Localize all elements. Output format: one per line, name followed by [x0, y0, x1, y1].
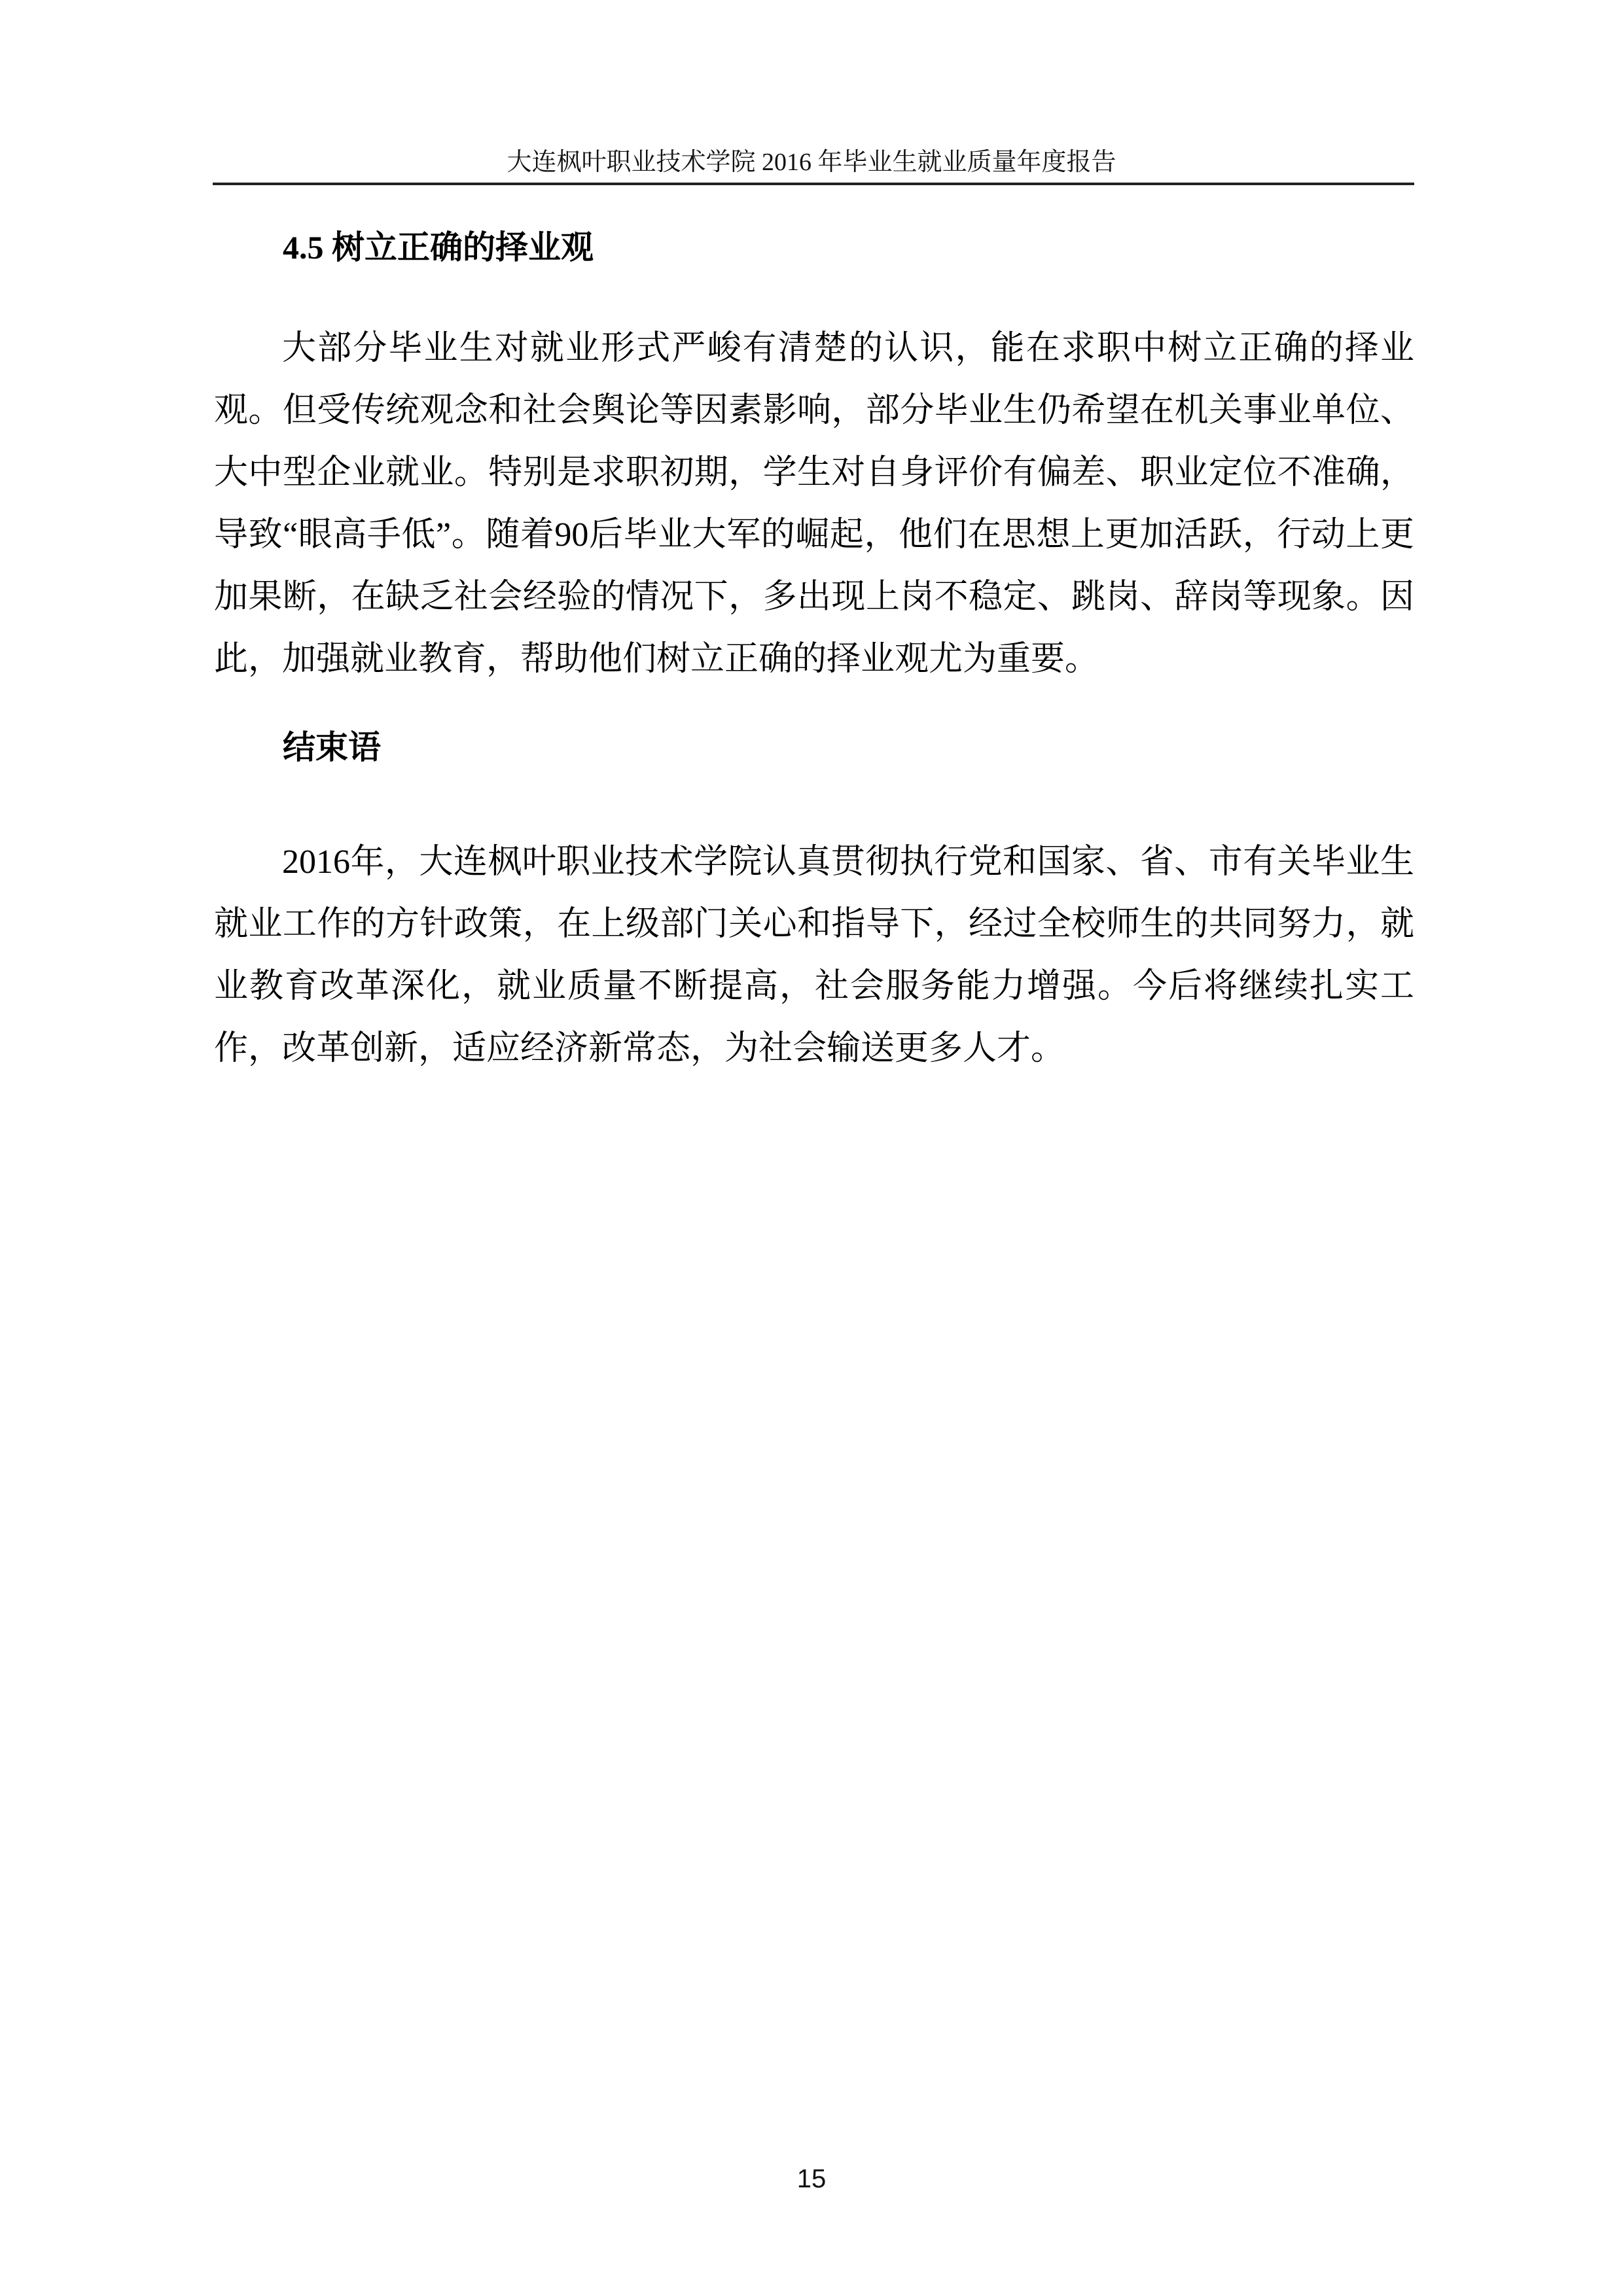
- page-number: 15: [0, 2164, 1623, 2194]
- conclusion-paragraph: 2016年，大连枫叶职业技术学院认真贯彻执行党和国家、省、市有关毕业生就业工作的…: [214, 831, 1414, 1080]
- section-heading: 4.5 树立正确的择业观: [283, 228, 594, 267]
- section-paragraph: 大部分毕业生对就业形式严峻有清楚的认识，能在求职中树立正确的择业观。但受传统观念…: [214, 317, 1414, 690]
- document-page: 大连枫叶职业技术学院 2016 年毕业生就业质量年度报告 4.5 树立正确的择业…: [0, 0, 1623, 2296]
- page-header-title: 大连枫叶职业技术学院 2016 年毕业生就业质量年度报告: [0, 148, 1623, 178]
- conclusion-heading: 结束语: [283, 728, 381, 767]
- header-divider: [213, 183, 1414, 185]
